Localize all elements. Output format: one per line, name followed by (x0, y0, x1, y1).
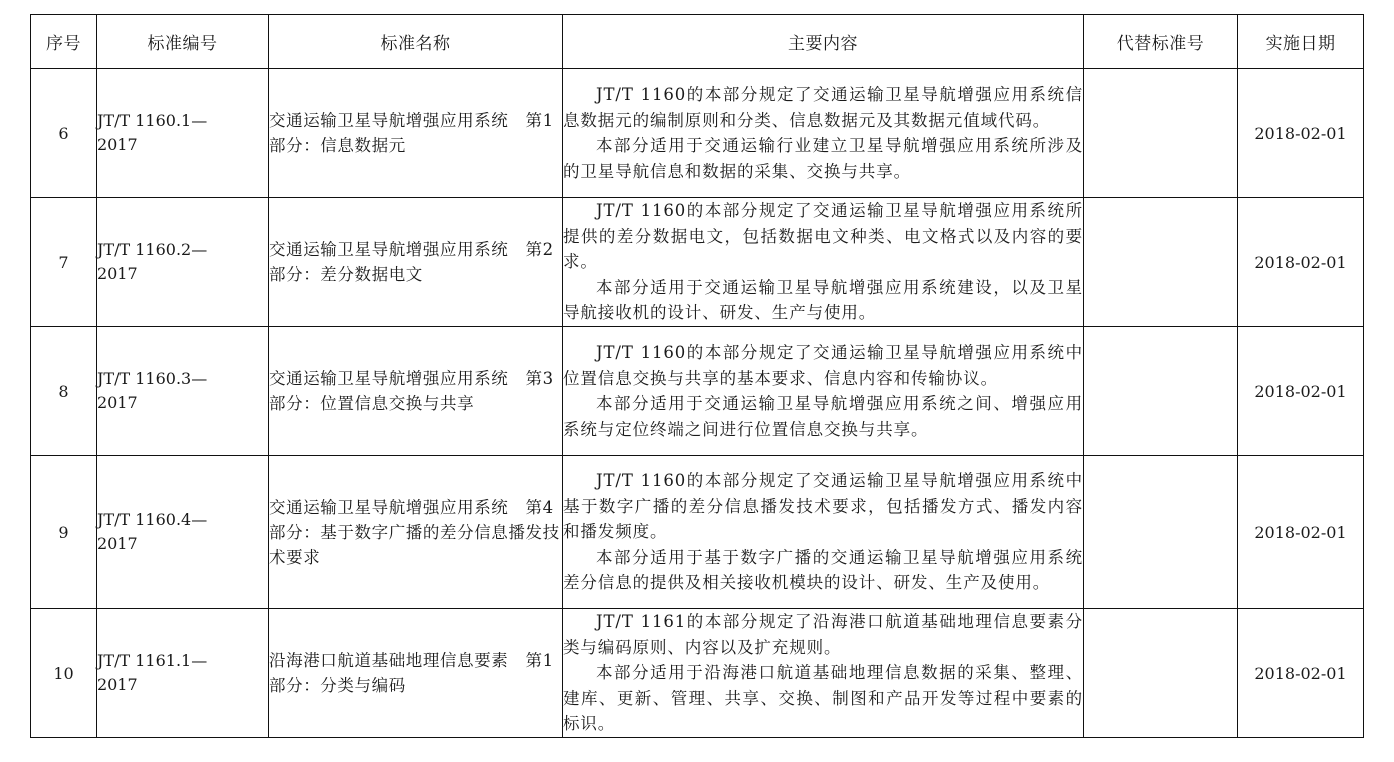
cell-seq: 8 (31, 327, 97, 456)
cell-code: JT/T 1161.1— 2017 (97, 609, 269, 738)
cell-replace (1084, 198, 1238, 327)
content-paragraph: JT/T 1160的本部分规定了交通运输卫星导航增强应用系统所提供的差分数据电文… (563, 198, 1083, 275)
header-code: 标准编号 (97, 15, 269, 69)
table-row: 9 JT/T 1160.4— 2017 交通运输卫星导航增强应用系统 第4部分：… (31, 456, 1364, 609)
cell-name: 交通运输卫星导航增强应用系统 第1部分：信息数据元 (269, 69, 563, 198)
header-content: 主要内容 (563, 15, 1084, 69)
table-row: 10 JT/T 1161.1— 2017 沿海港口航道基础地理信息要素 第1部分… (31, 609, 1364, 738)
cell-name: 交通运输卫星导航增强应用系统 第3部分：位置信息交换与共享 (269, 327, 563, 456)
table-row: 7 JT/T 1160.2— 2017 交通运输卫星导航增强应用系统 第2部分：… (31, 198, 1364, 327)
cell-replace (1084, 609, 1238, 738)
cell-content: JT/T 1160的本部分规定了交通运输卫星导航增强应用系统信息数据元的编制原则… (563, 69, 1084, 198)
content-paragraph: 本部分适用于交通运输行业建立卫星导航增强应用系统所涉及的卫星导航信息和数据的采集… (563, 133, 1083, 184)
cell-seq: 10 (31, 609, 97, 738)
table-row: 6 JT/T 1160.1— 2017 交通运输卫星导航增强应用系统 第1部分：… (31, 69, 1364, 198)
header-seq: 序号 (31, 15, 97, 69)
table-body: 6 JT/T 1160.1— 2017 交通运输卫星导航增强应用系统 第1部分：… (31, 69, 1364, 738)
content-paragraph: 本部分适用于基于数字广播的交通运输卫星导航增强应用系统差分信息的提供及相关接收机… (563, 545, 1083, 596)
cell-content: JT/T 1160的本部分规定了交通运输卫星导航增强应用系统中基于数字广播的差分… (563, 456, 1084, 609)
cell-replace (1084, 69, 1238, 198)
cell-name: 交通运输卫星导航增强应用系统 第4部分：基于数字广播的差分信息播发技术要求 (269, 456, 563, 609)
content-paragraph: 本部分适用于交通运输卫星导航增强应用系统建设，以及卫星导航接收机的设计、研发、生… (563, 275, 1083, 326)
content-paragraph: JT/T 1160的本部分规定了交通运输卫星导航增强应用系统中位置信息交换与共享… (563, 340, 1083, 391)
table-header: 序号 标准编号 标准名称 主要内容 代替标准号 实施日期 (31, 15, 1364, 69)
cell-content: JT/T 1161的本部分规定了沿海港口航道基础地理信息要素分类与编码原则、内容… (563, 609, 1084, 738)
header-row: 序号 标准编号 标准名称 主要内容 代替标准号 实施日期 (31, 15, 1364, 69)
content-paragraph: 本部分适用于交通运输卫星导航增强应用系统之间、增强应用系统与定位终端之间进行位置… (563, 391, 1083, 442)
cell-date: 2018-02-01 (1238, 198, 1364, 327)
cell-code: JT/T 1160.2— 2017 (97, 198, 269, 327)
standards-table: 序号 标准编号 标准名称 主要内容 代替标准号 实施日期 6 JT/T 1160… (30, 14, 1364, 738)
cell-seq: 6 (31, 69, 97, 198)
header-replace: 代替标准号 (1084, 15, 1238, 69)
header-date: 实施日期 (1238, 15, 1364, 69)
cell-content: JT/T 1160的本部分规定了交通运输卫星导航增强应用系统所提供的差分数据电文… (563, 198, 1084, 327)
content-paragraph: 本部分适用于沿海港口航道基础地理信息数据的采集、整理、建库、更新、管理、共享、交… (563, 660, 1083, 737)
cell-date: 2018-02-01 (1238, 456, 1364, 609)
cell-date: 2018-02-01 (1238, 69, 1364, 198)
cell-date: 2018-02-01 (1238, 609, 1364, 738)
cell-name: 交通运输卫星导航增强应用系统 第2部分：差分数据电文 (269, 198, 563, 327)
cell-name: 沿海港口航道基础地理信息要素 第1部分：分类与编码 (269, 609, 563, 738)
content-paragraph: JT/T 1161的本部分规定了沿海港口航道基础地理信息要素分类与编码原则、内容… (563, 609, 1083, 660)
cell-replace (1084, 327, 1238, 456)
table-row: 8 JT/T 1160.3— 2017 交通运输卫星导航增强应用系统 第3部分：… (31, 327, 1364, 456)
cell-code: JT/T 1160.4— 2017 (97, 456, 269, 609)
content-paragraph: JT/T 1160的本部分规定了交通运输卫星导航增强应用系统中基于数字广播的差分… (563, 468, 1083, 545)
cell-seq: 7 (31, 198, 97, 327)
cell-seq: 9 (31, 456, 97, 609)
cell-date: 2018-02-01 (1238, 327, 1364, 456)
cell-content: JT/T 1160的本部分规定了交通运输卫星导航增强应用系统中位置信息交换与共享… (563, 327, 1084, 456)
cell-replace (1084, 456, 1238, 609)
cell-code: JT/T 1160.3— 2017 (97, 327, 269, 456)
header-name: 标准名称 (269, 15, 563, 69)
content-paragraph: JT/T 1160的本部分规定了交通运输卫星导航增强应用系统信息数据元的编制原则… (563, 82, 1083, 133)
cell-code: JT/T 1160.1— 2017 (97, 69, 269, 198)
